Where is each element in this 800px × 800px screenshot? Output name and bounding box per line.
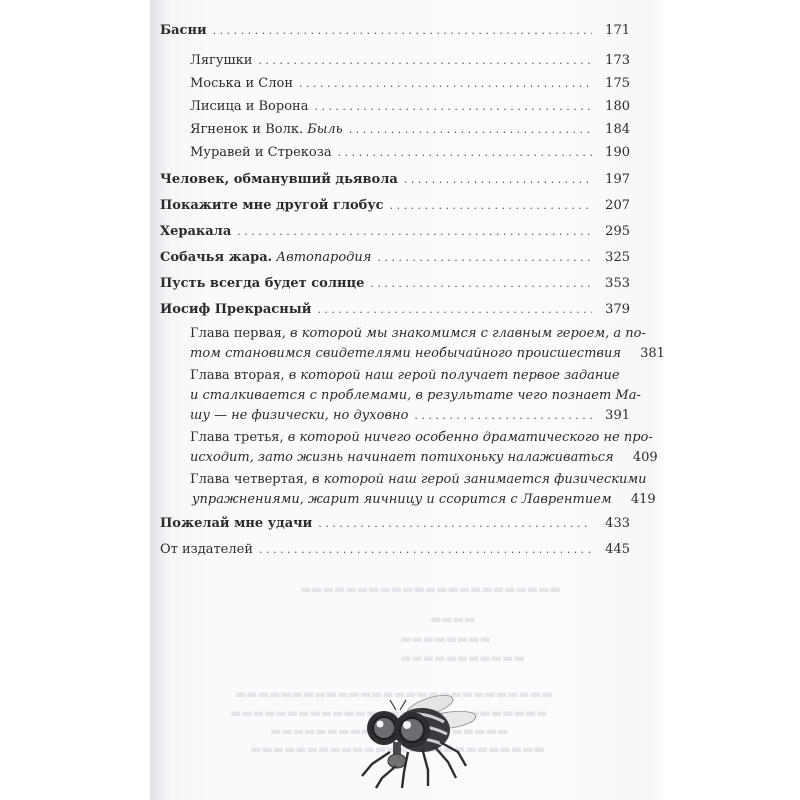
toc-entry-title: Лисица и Ворона xyxy=(190,98,308,116)
toc-entry-title: Херакала xyxy=(160,223,231,241)
toc-entry-title: Моська и Слон xyxy=(190,75,293,93)
chapter-entry[interactable]: Глава вторая, в которой наш герой получа… xyxy=(190,366,630,426)
toc-entry[interactable]: Покажите мне другой глобус207 xyxy=(160,197,630,215)
chapter-line: исходит, зато жизнь начинает потихоньку … xyxy=(190,448,630,468)
leader-dots xyxy=(404,171,592,189)
toc-entry[interactable]: Лягушки173 xyxy=(160,52,630,70)
toc-page-number: 419 xyxy=(624,490,656,510)
bleed-through-text: ▬▬▬▬▬▬▬▬ xyxy=(400,632,491,646)
toc-page-number: 445 xyxy=(598,541,630,559)
toc-entry[interactable]: Басни171 xyxy=(160,22,630,40)
toc-page-number: 207 xyxy=(598,197,630,215)
bleed-through-text: ▬▬▬▬ xyxy=(430,612,475,626)
toc-entry-title: Собачья жара. Автопародия xyxy=(160,249,371,267)
toc-entry-title: Человек, обманувший дьявола xyxy=(160,171,398,189)
toc-page-number: 295 xyxy=(598,223,630,241)
toc-entry[interactable]: Пожелай мне удачи433 xyxy=(160,515,630,533)
leader-dots xyxy=(299,75,592,93)
toc-entry[interactable]: Пусть всегда будет солнце353 xyxy=(160,275,630,293)
toc-page-number: 171 xyxy=(598,22,630,40)
toc-entry[interactable]: Моська и Слон175 xyxy=(160,75,630,93)
leader-dots xyxy=(318,515,592,533)
toc-entry[interactable]: Лисица и Ворона180 xyxy=(160,98,630,116)
toc-entry-title: Басни xyxy=(160,22,207,40)
toc-entry-title: Иосиф Прекрасный xyxy=(160,301,311,319)
toc-entry[interactable]: Херакала295 xyxy=(160,223,630,241)
toc-page-number: 381 xyxy=(633,344,665,364)
toc-page-number: 175 xyxy=(598,75,630,93)
toc-entry-title: Ягненок и Волк. Быль xyxy=(190,121,343,139)
toc-entry[interactable]: Муравей и Стрекоза190 xyxy=(160,144,630,162)
leader-dots xyxy=(349,121,592,139)
toc-entry[interactable]: Ягненок и Волк. Быль184 xyxy=(160,121,630,139)
toc-page-number: 325 xyxy=(598,249,630,267)
chapter-line: упражнениями, жарит яичницу и ссорится с… xyxy=(190,490,630,510)
toc-entry-title: Лягушки xyxy=(190,52,252,70)
bleed-through-text: ▬▬▬▬▬▬▬▬▬▬▬▬▬▬▬▬▬▬▬▬▬▬▬ xyxy=(300,582,561,596)
toc-page-number: 353 xyxy=(598,275,630,293)
toc-page-number: 391 xyxy=(598,406,630,426)
toc-entry[interactable]: От издателей445 xyxy=(160,541,630,559)
leader-dots xyxy=(237,223,592,241)
toc-page-number: 409 xyxy=(626,448,658,468)
chapter-entry[interactable]: Глава четвертая, в которой наш герой зан… xyxy=(190,470,630,510)
toc-entry-title: Покажите мне другой глобус xyxy=(160,197,384,215)
toc-page-number: 379 xyxy=(598,301,630,319)
chapter-line: Глава вторая, в которой наш герой получа… xyxy=(190,366,630,386)
toc-entry[interactable]: Иосиф Прекрасный379 xyxy=(160,301,630,319)
leader-dots xyxy=(414,406,592,426)
toc-page-number: 184 xyxy=(598,121,630,139)
toc-entry-title: От издателей xyxy=(160,541,253,559)
chapter-line: Глава третья, в которой ничего особенно … xyxy=(190,428,630,448)
toc-page-number: 190 xyxy=(598,144,630,162)
chapter-line: шу — не физически, но духовно391 xyxy=(190,406,630,426)
leader-dots xyxy=(377,249,592,267)
leader-dots xyxy=(314,98,592,116)
fly-illustration xyxy=(352,682,477,792)
toc-entry[interactable]: Человек, обманувший дьявола197 xyxy=(160,171,630,189)
chapter-line: и сталкивается с проблемами, в результат… xyxy=(190,386,630,406)
toc-entry-title: Муравей и Стрекоза xyxy=(190,144,332,162)
leader-dots xyxy=(370,275,592,293)
leader-dots xyxy=(317,301,592,319)
leader-dots xyxy=(258,52,592,70)
toc-page-number: 197 xyxy=(598,171,630,189)
chapter-line: Глава четвертая, в которой наш герой зан… xyxy=(190,470,630,490)
chapter-line: том становимся свидетелями необычайного … xyxy=(190,344,630,364)
leader-dots xyxy=(390,197,592,215)
bleed-through-text: ▬▬▬▬▬▬▬▬▬▬▬ xyxy=(400,651,525,665)
chapter-line: Глава первая, в которой мы знакомимся с … xyxy=(190,324,630,344)
chapter-entry[interactable]: Глава третья, в которой ничего особенно … xyxy=(190,428,630,468)
toc-page-number: 180 xyxy=(598,98,630,116)
leader-dots xyxy=(259,541,592,559)
toc-page-number: 433 xyxy=(598,515,630,533)
toc-entry[interactable]: Собачья жара. Автопародия325 xyxy=(160,249,630,267)
leader-dots xyxy=(213,22,592,40)
toc-page-number: 173 xyxy=(598,52,630,70)
leader-dots xyxy=(338,144,592,162)
toc-entry-title: Пусть всегда будет солнце xyxy=(160,275,364,293)
toc-entry-title: Пожелай мне удачи xyxy=(160,515,312,533)
chapter-entry[interactable]: Глава первая, в которой мы знакомимся с … xyxy=(190,324,630,364)
